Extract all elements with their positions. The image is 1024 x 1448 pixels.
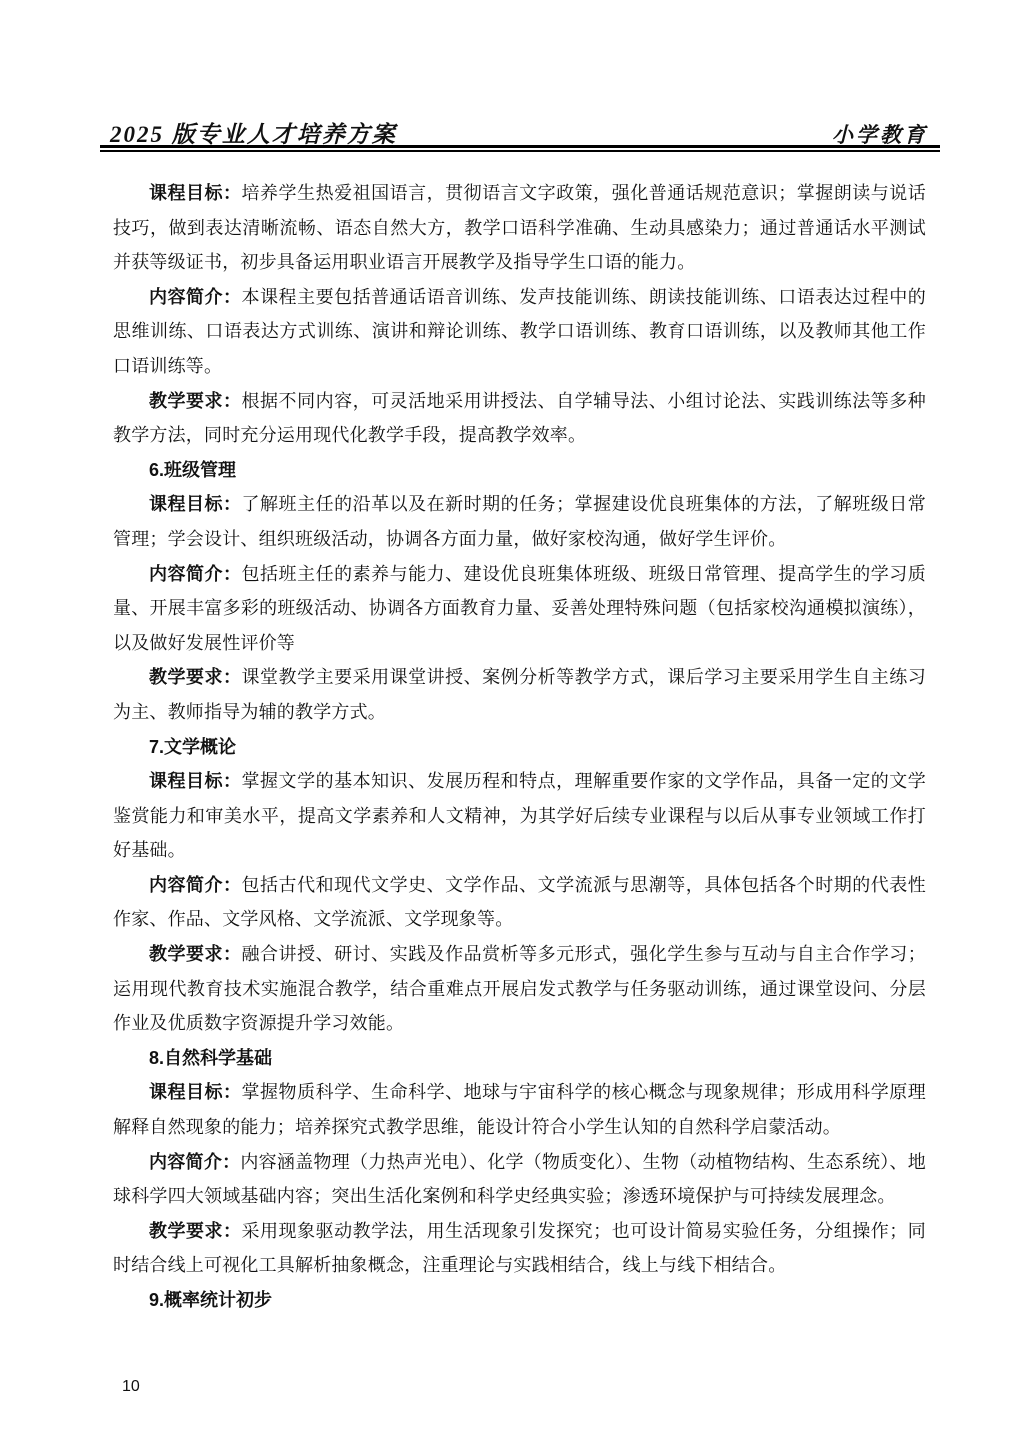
document-page: 2025 版专业人才培养方案 小学教育 课程目标：培养学生热爱祖国语言，贯彻语言… [0, 0, 1024, 1448]
section-heading: 9.概率统计初步 [113, 1283, 926, 1318]
course-paragraph: 内容简介：内容涵盖物理（力热声光电）、化学（物质变化）、生物（动植物结构、生态系… [113, 1145, 926, 1214]
paragraph-label: 教学要求： [149, 667, 242, 687]
paragraph-label: 教学要求： [149, 944, 242, 964]
course-paragraph: 课程目标：了解班主任的沿革以及在新时期的任务；掌握建设优良班集体的方法，了解班级… [113, 487, 926, 556]
header-double-rule [100, 145, 940, 152]
course-paragraph: 课程目标：掌握物质科学、生命科学、地球与宇宙科学的核心概念与现象规律；形成用科学… [113, 1075, 926, 1144]
course-paragraph: 内容简介：包括班主任的素养与能力、建设优良班集体班级、班级日常管理、提高学生的学… [113, 557, 926, 661]
course-paragraph: 教学要求：课堂教学主要采用课堂讲授、案例分析等教学方式，课后学习主要采用学生自主… [113, 660, 926, 729]
paragraph-label: 内容简介： [149, 875, 242, 895]
paragraph-label: 课程目标： [149, 771, 242, 791]
paragraph-label: 教学要求： [149, 1221, 242, 1241]
course-paragraph: 课程目标：培养学生热爱祖国语言，贯彻语言文字政策，强化普通话规范意识；掌握朗读与… [113, 176, 926, 280]
course-paragraph: 内容简介：包括古代和现代文学史、文学作品、文学流派与思潮等，具体包括各个时期的代… [113, 868, 926, 937]
paragraph-label: 内容简介： [149, 564, 242, 584]
course-paragraph: 教学要求：融合讲授、研讨、实践及作品赏析等多元形式，强化学生参与互动与自主合作学… [113, 937, 926, 1041]
course-paragraph: 课程目标：掌握文学的基本知识、发展历程和特点，理解重要作家的文学作品，具备一定的… [113, 764, 926, 868]
paragraph-label: 内容简介： [149, 287, 242, 307]
document-body: 课程目标：培养学生热爱祖国语言，贯彻语言文字政策，强化普通话规范意识；掌握朗读与… [113, 176, 926, 1318]
course-paragraph: 教学要求：根据不同内容，可灵活地采用讲授法、自学辅导法、小组讨论法、实践训练法等… [113, 384, 926, 453]
paragraph-label: 课程目标： [149, 494, 242, 514]
section-heading: 8.自然科学基础 [113, 1041, 926, 1076]
section-heading: 7.文学概论 [113, 730, 926, 765]
course-paragraph: 教学要求：采用现象驱动教学法，用生活现象引发探究；也可设计简易实验任务，分组操作… [113, 1214, 926, 1283]
section-heading: 6.班级管理 [113, 453, 926, 488]
page-number: 10 [122, 1378, 140, 1396]
paragraph-label: 教学要求： [149, 391, 242, 411]
paragraph-label: 课程目标： [149, 1082, 242, 1102]
paragraph-label: 课程目标： [149, 183, 242, 203]
paragraph-label: 内容简介： [149, 1152, 240, 1172]
course-paragraph: 内容简介：本课程主要包括普通话语音训练、发声技能训练、朗读技能训练、口语表达过程… [113, 280, 926, 384]
